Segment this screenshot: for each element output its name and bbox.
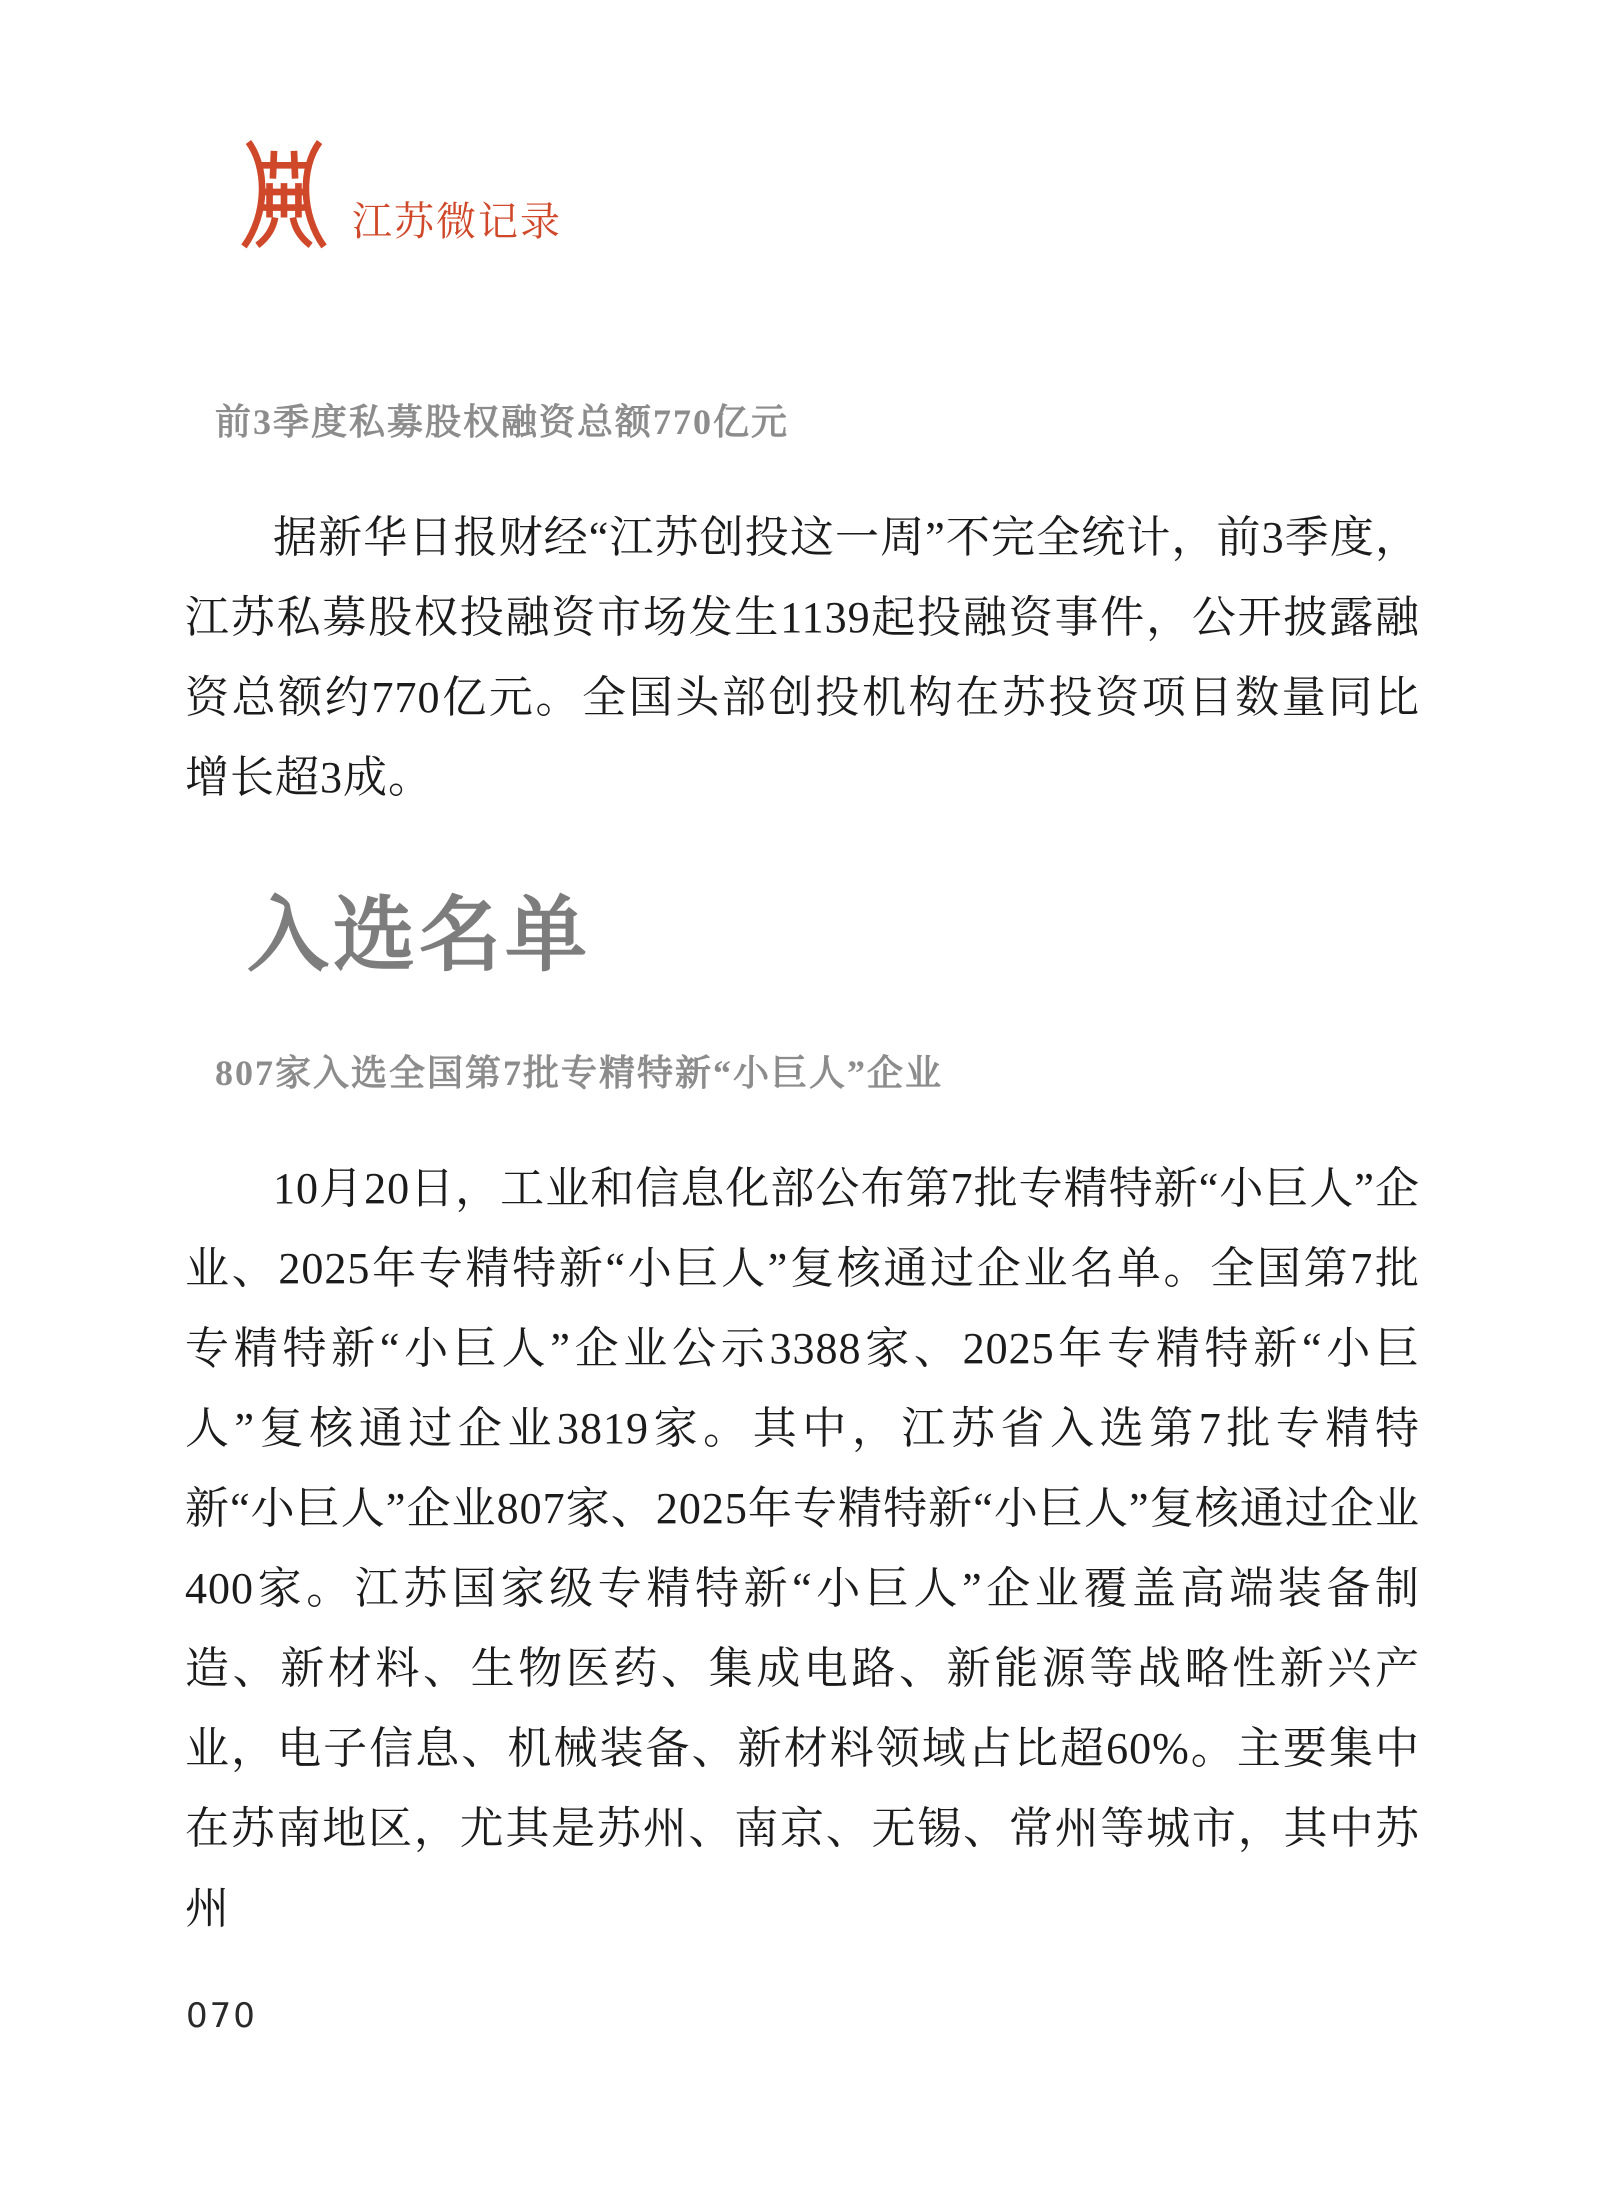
- section-selection-list: 入选名单 807家入选全国第7批专精特新“小巨人”企业 10月20日，工业和信息…: [185, 893, 1420, 1949]
- section-paragraph: 据新华日报财经“江苏创投这一周”不完全统计，前3季度，江苏私募股权投融资市场发生…: [185, 498, 1420, 818]
- page-number: 070: [186, 1996, 257, 2036]
- brand-title: 江苏微记录: [352, 202, 562, 256]
- page-footer: 070: [186, 1996, 257, 2036]
- section-private-equity: 前3季度私募股权融资总额770亿元 据新华日报财经“江苏创投这一周”不完全统计，…: [185, 400, 1420, 818]
- chapter-title: 入选名单: [247, 893, 1420, 979]
- section-heading: 前3季度私募股权融资总额770亿元: [215, 400, 1420, 444]
- book-page: 江苏微记录 前3季度私募股权融资总额770亿元 据新华日报财经“江苏创投这一周”…: [0, 0, 1599, 2205]
- section-paragraph: 10月20日，工业和信息化部公布第7批专精特新“小巨人”企业、2025年专精特新…: [185, 1149, 1420, 1949]
- section-heading: 807家入选全国第7批专精特新“小巨人”企业: [215, 1051, 1420, 1095]
- brand-header: 江苏微记录: [234, 128, 562, 256]
- jiangsu-brand-logo-icon: [234, 128, 334, 256]
